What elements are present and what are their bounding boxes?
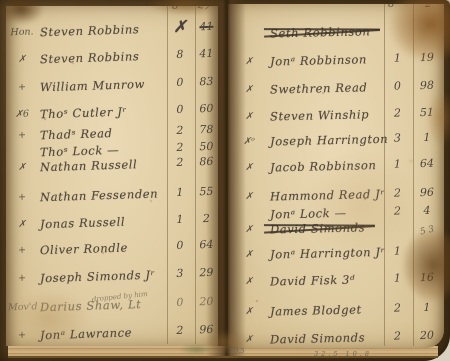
margin-mark (234, 205, 264, 206)
margin-mark: ✗ (234, 302, 264, 323)
entry-name: Seth Robbinson (270, 21, 371, 43)
margin-mark: + (8, 325, 37, 346)
value-col2 (413, 20, 441, 21)
value-col2: 1 (413, 128, 441, 149)
value-col1: 2 (382, 326, 413, 347)
value-col2: 51 (413, 103, 441, 124)
value-col2 (413, 216, 441, 217)
value-col2: 86 (195, 152, 218, 173)
value-col2: 64 (413, 154, 441, 175)
entry-name: Steven Winship (270, 104, 370, 126)
value-col1: 2 (165, 320, 196, 341)
value-col1: ✗ (165, 17, 196, 36)
entry-name: Thoˢ Cutler Jʳ (40, 102, 128, 125)
value-col2: 41 (195, 17, 218, 38)
entry-name: Swethren Read (270, 77, 368, 99)
margin-mark: ✗ (234, 52, 264, 73)
margin-mark (8, 142, 36, 143)
margin-mark: ✗ᵒ (234, 132, 264, 153)
value-col1: 3 (382, 128, 413, 149)
margin-mark: + (8, 240, 37, 261)
ledger-row: ✗ᵒJoseph Harrington31 (228, 128, 444, 153)
header-partial-mark: 27 (197, 6, 212, 13)
margin-mark (234, 24, 264, 25)
value-col2: 19 (413, 48, 441, 69)
ledger-row: ✗Steven Robbins841 (6, 44, 218, 71)
ledger-row: ✗Jonᵃ Harrington Jʳ1 (228, 241, 444, 266)
value-col2: 64 (195, 235, 218, 256)
value-col1: 2 (382, 298, 413, 319)
ledger-row: Mov'dDarius Shaw, Lt020dropped by him (6, 292, 218, 319)
margin-mark: + (8, 268, 37, 289)
entry-name: David Simonds (270, 217, 366, 239)
value-col1: 3 (165, 263, 196, 284)
ledger-row: ✗Jacob Robbinson164 (228, 154, 444, 179)
margin-mark: ✗6 (8, 104, 37, 125)
ledger-row: +Jonᵃ Lawrance296 (6, 320, 218, 346)
value-col2 (413, 241, 441, 242)
entry-name: James Blodget (270, 299, 362, 321)
value-col1: 0 (165, 292, 196, 313)
value-col1: 0 (165, 72, 196, 93)
value-col2: 60 (195, 99, 218, 120)
entry-name: Jacob Robbinson (270, 155, 377, 177)
entry-name: David Fisk 3ᵈ (270, 270, 356, 292)
ledger-row: Hon.Steven Robbins✗41 (6, 17, 218, 44)
margin-mark: ✗ (8, 49, 37, 70)
value-col1: 1 (382, 154, 413, 175)
value-col2: 20 (413, 326, 441, 347)
ledger-row: ✗Jonas Russell12 (6, 209, 218, 236)
entry-name: Nathan Russell (40, 154, 138, 177)
ledger-photo: 8 27 Hon.Steven Robbins✗41✗Steven Robbin… (0, 0, 450, 361)
entry-name: Joseph Harrington (270, 129, 389, 152)
ledger-row: ✗Steven Winship251 (228, 103, 444, 128)
entry-name: Jonas Russell (40, 212, 126, 235)
margin-mark: Hon. (8, 22, 37, 43)
value-col2: 98 (413, 76, 441, 97)
entry-name: Steven Robbins (40, 46, 140, 69)
ledger-row: +Joseph Simonds Jʳ329 (6, 263, 218, 290)
entry-name: Oliver Rondle (40, 238, 128, 261)
ledger-row: +Nathan Fessenden155 (6, 182, 218, 209)
value-col2: 1 (413, 298, 441, 319)
ledger-row: ✗David Fisk 3ᵈ116 (228, 268, 444, 293)
value-col1: 0 (382, 76, 413, 97)
value-col1: 1 (382, 48, 413, 69)
margin-mark: ✗ (234, 80, 264, 101)
ledger-row: Seth Robbinson (228, 20, 444, 45)
value-col1 (382, 216, 413, 217)
ledger-row: ✗Jonᵃ Robbinson119 (228, 48, 444, 73)
value-col2: 41 (195, 44, 218, 65)
account-book: 8 27 Hon.Steven Robbins✗41✗Steven Robbin… (0, 0, 450, 361)
value-col1 (382, 20, 413, 21)
value-col2: 55 (195, 182, 218, 203)
value-col1: 0 (165, 235, 196, 256)
value-col2: 83 (195, 72, 218, 93)
ledger-row: +Oliver Rondle064 (6, 235, 218, 262)
ledger-page-right: 8 2 Seth Robbinson✗Jonᵃ Robbinson119✗Swe… (228, 4, 444, 348)
margin-mark: ✗ (234, 245, 264, 266)
margin-mark: ✗ (234, 330, 264, 348)
ledger-page-left: 8 27 Hon.Steven Robbins✗41✗Steven Robbin… (6, 6, 218, 346)
value-col2: 29 (195, 263, 218, 284)
entry-name: David Simonds (270, 327, 366, 348)
ledger-row: ✗David Simonds (228, 216, 444, 241)
margin-mark: ✗ (234, 107, 264, 128)
ledger-row: ✗Swethren Read098 (228, 76, 444, 101)
value-col1: 2 (165, 152, 196, 173)
foxing-specks (0, 0, 2, 2)
margin-mark: ✗ (8, 214, 37, 235)
value-col2: 2 (195, 209, 218, 230)
value-col1: 8 (165, 44, 196, 65)
margin-mark: ✗ (234, 272, 264, 293)
margin-mark: ✗ (234, 220, 264, 241)
ledger-row: ✗James Blodget21 (228, 298, 444, 323)
value-col1: 2 (382, 103, 413, 124)
value-col1: 1 (165, 182, 196, 203)
value-col2: 16 (413, 268, 441, 289)
entry-name: William Munrow (40, 74, 146, 97)
value-col1: 0 (165, 99, 196, 120)
margin-mark: + (8, 187, 37, 208)
margin-mark: + (8, 77, 37, 98)
entry-name: Steven Robbins (40, 19, 140, 42)
ledger-row: ✗David Simonds220 (228, 326, 444, 348)
value-col1: 1 (382, 268, 413, 289)
value-col1: 1 (382, 241, 413, 262)
margin-mark: ✗ (8, 157, 37, 178)
entry-name: Jonᵃ Robbinson (270, 49, 367, 71)
ledger-row: +William Munrow083 (6, 72, 218, 99)
entry-name: Jonᵃ Harrington Jʳ (270, 242, 386, 265)
margin-mark: Mov'd (8, 297, 37, 318)
header-partial-mark: 8 (388, 4, 394, 10)
margin-mark: ✗ (234, 158, 264, 179)
value-col1: 1 (165, 209, 196, 230)
header-partial-mark: 2 (425, 4, 431, 10)
entry-name: Jonᵃ Lawrance (40, 322, 133, 345)
value-col2: 20 (195, 292, 218, 313)
entry-name: Nathan Fessenden (40, 184, 159, 208)
header-partial-mark: 8 (172, 6, 178, 12)
value-col2: 96 (195, 320, 218, 341)
